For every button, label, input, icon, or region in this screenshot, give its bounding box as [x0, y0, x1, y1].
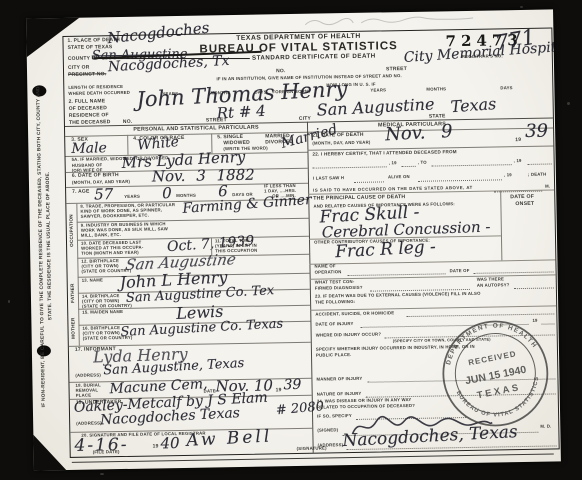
physician-address-label: (ADDRESS) — [318, 443, 344, 448]
dob-label: 6. DATE OF BIRTH — [72, 173, 119, 179]
certify-to-label: , TO — [418, 161, 427, 165]
nature-label: NATURE OF INJURY — [317, 392, 362, 397]
residence-state-handwriting: Texas — [450, 96, 497, 115]
race-handwriting: White — [137, 135, 180, 153]
age-label: 7. AGE — [72, 190, 90, 195]
blank-line — [402, 166, 416, 167]
accident-label: ACCIDENT, SUICIDE, OR HOMICIDE — [315, 311, 394, 317]
field-8-line3: SAWYER, BOOKKEEPER, ETC. — [81, 214, 150, 219]
operation-line2: OPERATION — [315, 270, 342, 275]
burial-year-handwriting: 39 — [283, 378, 301, 392]
father-side-label: FATHER — [70, 278, 76, 309]
manner-label: MANNER OF INJURY — [316, 377, 362, 382]
certify-label: 22. I HEREBY CERTIFY, THAT I ATTENDED DE… — [312, 150, 456, 157]
city-or-label: CITY OR — [68, 66, 90, 71]
date-of-death-handwriting: Nov. 9 — [385, 123, 453, 145]
field-24-line2: RELATED TO OCCUPATION OF DECEASED? — [317, 404, 415, 410]
field-9-line3: MILL, BANK, ETC. — [81, 233, 121, 238]
full-name-label-line1: 2. FULL NAME — [69, 99, 106, 105]
principal-cause-label: THE PRINCIPAL CAUSE OF DEATH — [313, 195, 405, 202]
scan-speck — [567, 102, 570, 105]
date-of-death-sub: (MONTH, DAY, AND YEAR) — [312, 141, 370, 146]
certificate-paper: IF NON-RESIDENT, BE CAREFUL TO GIVE THE … — [26, 9, 561, 470]
stamp-state-text: TEXAS — [476, 382, 521, 401]
autopsy-line2: AN AUTOPSY? — [477, 283, 510, 288]
stamp-received-text: RECEIVED — [468, 349, 518, 367]
date-of-onset-line1: DATE OF — [510, 195, 534, 201]
age-years-label: YEARS — [124, 195, 140, 200]
onset-column-divider — [500, 190, 502, 260]
where-injury-label: WHERE DID INJURY OCCUR? — [316, 332, 382, 337]
full-name-label-line2: OF DECEASED — [69, 106, 107, 112]
blank-line — [418, 179, 502, 181]
death-word-label: ; DEATH — [528, 173, 547, 178]
months2-label: MONTHS — [426, 87, 446, 92]
blank-line — [354, 181, 384, 183]
test-line2: FIRMED DIAGNOSIS? — [315, 286, 363, 291]
blank-line — [474, 271, 554, 273]
blank-line — [432, 164, 512, 166]
received-stamp: DEPARTMENT OF HEALTH BUREAU OF VITAL STA… — [439, 318, 551, 435]
file-date-caption: (FILE DATE) — [93, 450, 120, 455]
street-label: STREET — [386, 67, 407, 72]
death-year-prefix: 19 — [515, 138, 521, 143]
field-13-label: 13. NAME — [82, 278, 103, 283]
registrar-signature-handwriting: Aw Bell — [186, 428, 273, 449]
certify-blank2-label: , 19 — [514, 159, 522, 163]
operation-line1: NAME OF — [314, 264, 335, 269]
blank-line — [406, 313, 554, 317]
mother-birthplace-handwriting: San Augustine Co. Texas — [120, 318, 283, 340]
residence-label-line1: RESIDENCE OF — [69, 113, 109, 119]
burial-label-line3: PLACE — [76, 394, 92, 399]
scanned-death-certificate: IF NON-RESIDENT, BE CAREFUL TO GIVE THE … — [0, 0, 582, 480]
scan-speck — [100, 473, 104, 475]
no-label: NO. — [276, 69, 286, 74]
faint-pencil-note — [301, 10, 501, 29]
last-saw-label: I LAST SAW H — [313, 176, 344, 181]
certificate-form: 1. PLACE OF DEATH STATE OF TEXAS Nacogdo… — [62, 27, 559, 457]
age-months-label: MONTHS — [176, 194, 196, 199]
days2-label: DAYS — [500, 86, 512, 91]
date-of-death-label: 21. DATE OF DEATH — [312, 133, 364, 139]
blank-line — [528, 163, 552, 164]
age-months-handwriting: 0 — [162, 186, 172, 201]
residence-street-handwriting: Rt # 4 — [216, 104, 266, 122]
precinct-no-label: PRECINCT NO. — [68, 72, 106, 78]
death-year-handwriting: 39 — [525, 123, 548, 141]
burial-year-prefix: 19 — [276, 388, 282, 393]
blank-line — [313, 166, 387, 168]
sex-handwriting: Male — [71, 141, 107, 156]
file-year-prefix: 19 — [153, 444, 159, 449]
operation-date-label: DATE OF — [450, 269, 470, 274]
informant-address-label: (ADDRESS) — [75, 373, 101, 378]
field-23-line1: 23. IF DEATH WAS DUE TO EXTERNAL CAUSES … — [315, 292, 481, 299]
field-15-label: 15. MAIDEN NAME — [82, 310, 123, 315]
dob-handwriting: Nov. 3 1882 — [152, 168, 255, 185]
last-saw-year-label: , 19 — [504, 173, 512, 177]
date-of-onset-line2: ONSET — [515, 202, 534, 208]
autopsy-line1: WAS THERE — [477, 277, 504, 282]
blank-line — [514, 287, 554, 289]
residence-city-handwriting: San Augustine — [316, 96, 435, 118]
occupation-handwriting: Farming & Ginner — [182, 193, 312, 216]
scan-speck — [520, 6, 523, 8]
specify-line2: PUBLIC PLACE. — [316, 353, 352, 358]
contributory-handwriting: Frac R leg - — [335, 239, 436, 261]
length-of-residence-line2: WHERE DEATH OCCURRED — [68, 91, 130, 96]
scan-speck — [8, 300, 10, 303]
file-year-handwriting: 40 — [160, 436, 179, 451]
certify-blank1-label: , 19 — [389, 161, 397, 165]
rule — [310, 305, 556, 310]
cell-divider — [127, 135, 128, 155]
occupation-side-label: OCCUPATION — [68, 204, 74, 258]
injury-date-label: DATE OF INJURY — [315, 322, 353, 327]
field-23-line2: THE FOLLOWING: — [315, 300, 355, 305]
age-years-handwriting: 57 — [94, 187, 113, 202]
alive-on-label: ALIVE ON — [388, 175, 410, 180]
undertaker-address-label: (ADDRESS) — [76, 421, 102, 426]
years2-label: YEARS — [370, 88, 386, 93]
occurred-m-label: M. — [545, 185, 550, 189]
signed-label: (SIGNED) — [317, 428, 338, 433]
mother-side-label: MOTHER — [70, 310, 76, 346]
